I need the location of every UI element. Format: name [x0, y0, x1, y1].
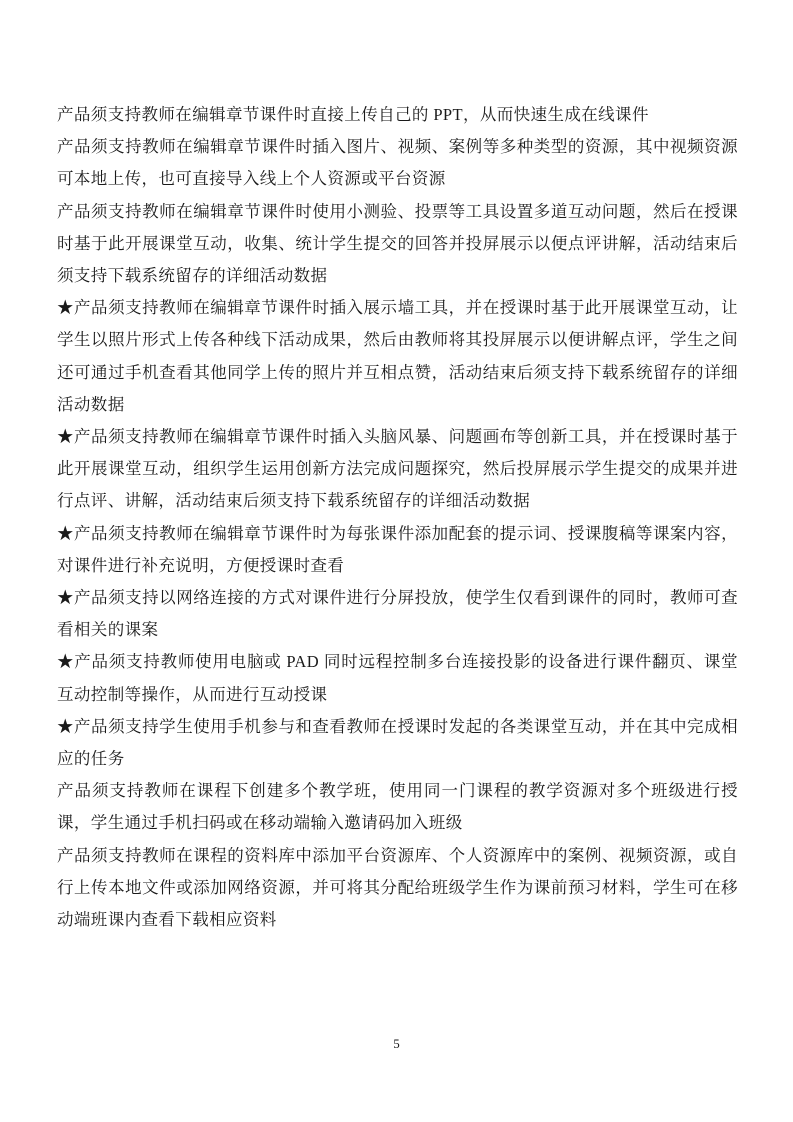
requirement-paragraph-starred: ★产品须支持以网络连接的方式对课件进行分屏投放，使学生仅看到课件的同时，教师可查…	[57, 582, 738, 646]
requirement-paragraph-starred: ★产品须支持教师在编辑章节课件时为每张课件添加配套的提示词、授课腹稿等课案内容，…	[57, 518, 738, 582]
requirement-paragraph: 产品须支持教师在编辑章节课件时插入图片、视频、案例等多种类型的资源，其中视频资源…	[57, 131, 738, 195]
requirement-paragraph-starred: ★产品须支持教师在编辑章节课件时插入头脑风暴、问题画布等创新工具，并在授课时基于…	[57, 421, 738, 518]
page-footer: 5	[0, 1035, 793, 1053]
requirement-paragraph: 产品须支持教师在课程下创建多个教学班，使用同一门课程的教学资源对多个班级进行授课…	[57, 775, 738, 839]
requirement-paragraph-starred: ★产品须支持教师使用电脑或 PAD 同时远程控制多台连接投影的设备进行课件翻页、…	[57, 646, 738, 710]
requirement-paragraph: 产品须支持教师在课程的资料库中添加平台资源库、个人资源库中的案例、视频资源，或自…	[57, 840, 738, 937]
document-page: 产品须支持教师在编辑章节课件时直接上传自己的 PPT，从而快速生成在线课件产品须…	[0, 0, 793, 1122]
requirement-paragraph-starred: ★产品须支持学生使用手机参与和查看教师在授课时发起的各类课堂互动，并在其中完成相…	[57, 711, 738, 775]
document-body: 产品须支持教师在编辑章节课件时直接上传自己的 PPT，从而快速生成在线课件产品须…	[57, 99, 738, 936]
requirement-paragraph: 产品须支持教师在编辑章节课件时使用小测验、投票等工具设置多道互动问题，然后在授课…	[57, 196, 738, 293]
requirement-paragraph: 产品须支持教师在编辑章节课件时直接上传自己的 PPT，从而快速生成在线课件	[57, 99, 738, 131]
requirement-paragraph-starred: ★产品须支持教师在编辑章节课件时插入展示墙工具，并在授课时基于此开展课堂互动，让…	[57, 292, 738, 421]
page-number: 5	[393, 1036, 400, 1051]
